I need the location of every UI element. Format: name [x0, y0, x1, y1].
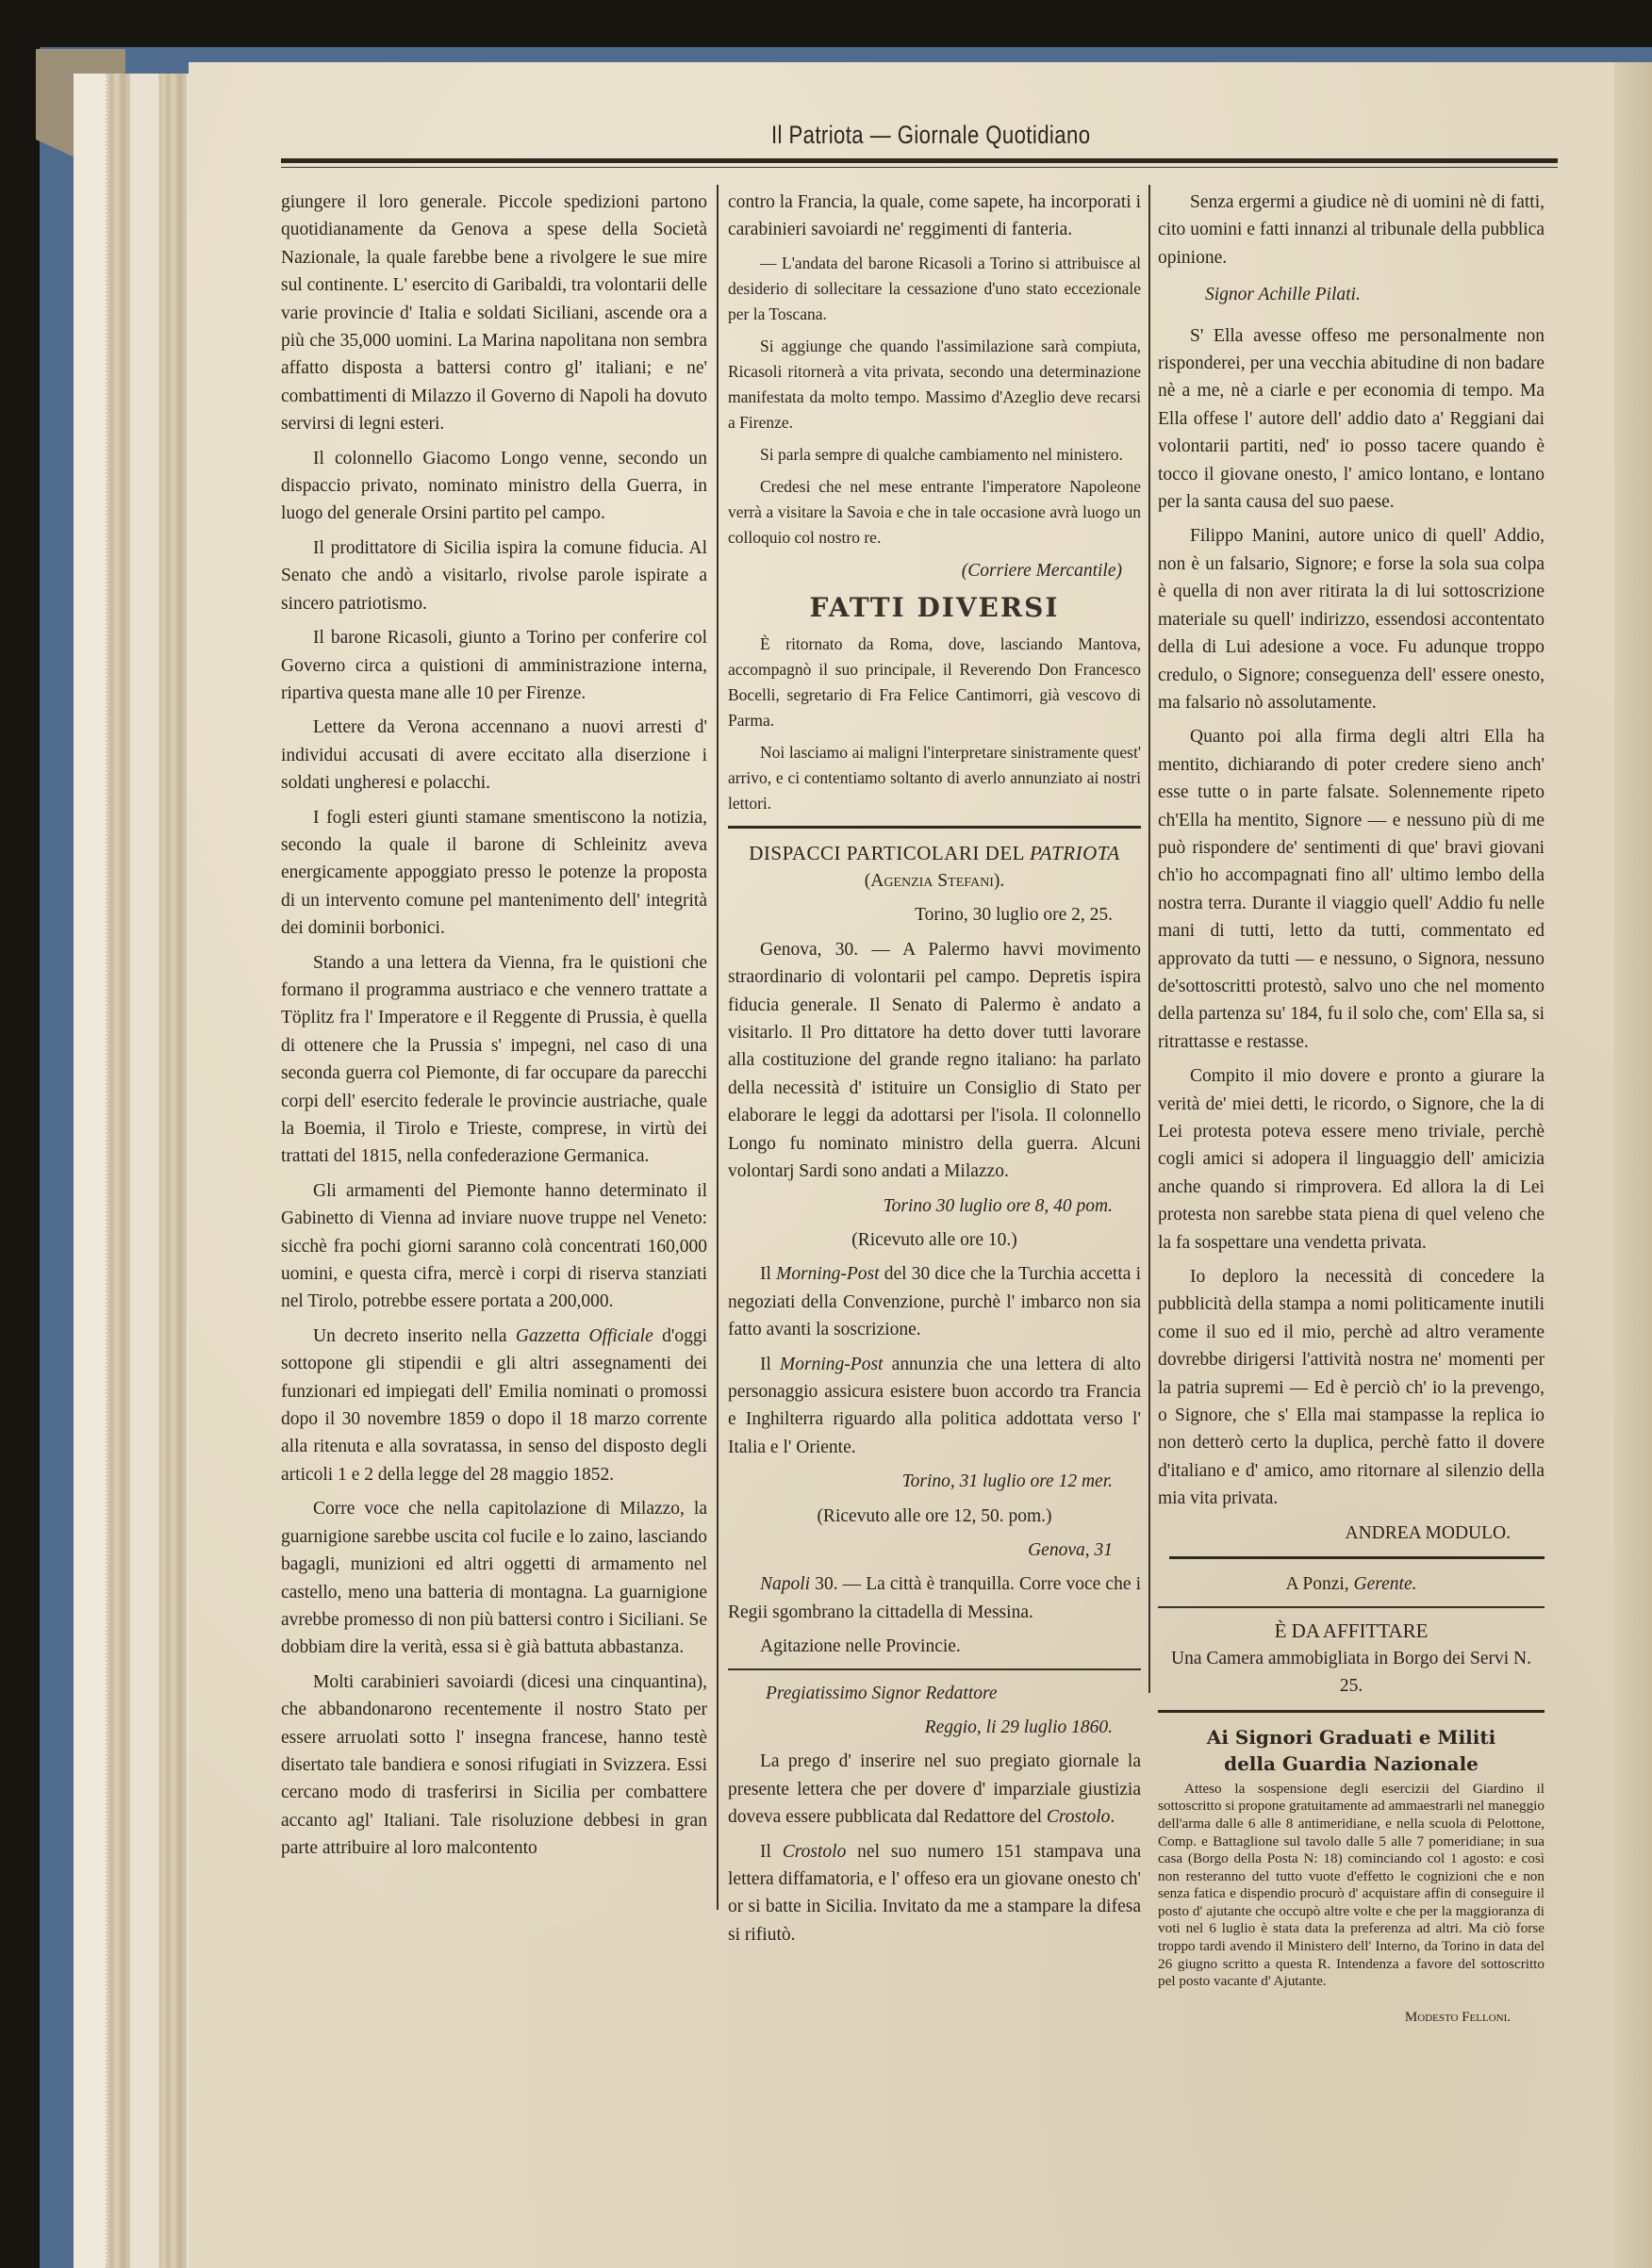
notice-heading: Ai Signori Graduati e Militi della Guard…	[1158, 1724, 1545, 1777]
masthead-rule-thin	[281, 167, 1558, 168]
dispatch-dateline: Torino, 31 luglio ore 12 mer.	[728, 1468, 1141, 1495]
decree-paragraph: Un decreto inserito nella Gazzetta Offic…	[281, 1323, 707, 1488]
book-page-edges	[74, 74, 189, 2268]
letter-salutation: Pregiatissimo Signor Redattore	[728, 1680, 1141, 1707]
article-paragraph: I fogli esteri giunti stamane smentiscon…	[281, 804, 707, 943]
letter-paragraph: Senza ergermi a giudice nè di uomini nè …	[1158, 189, 1545, 271]
letter-paragraph: Io deploro la necessità di concedere la …	[1158, 1263, 1545, 1513]
column-3: Senza ergermi a giudice nè di uomini nè …	[1158, 189, 1545, 2038]
source-attribution: (Corriere Mercantile)	[728, 557, 1141, 584]
notice-body: Atteso la sospensione degli esercizii de…	[1158, 1781, 1545, 1991]
article-paragraph: Si aggiunge che quando l'assimilazione s…	[728, 334, 1141, 436]
dispatch-dateline: Torino 30 luglio ore 8, 40 pom.	[728, 1192, 1141, 1220]
divider	[1158, 1606, 1545, 1608]
column-1: giungere il loro generale. Piccole spedi…	[281, 189, 707, 1869]
article-paragraph: Noi lasciamo ai maligni l'interpretare s…	[728, 740, 1141, 816]
ad-heading: È DA AFFITTARE	[1158, 1618, 1545, 1645]
article-paragraph: contro la Francia, la quale, come sapete…	[728, 189, 1141, 244]
dispatch-item: Genova, 30. — A Palermo havvi movimento …	[728, 936, 1141, 1186]
agency-name: (Agenzia Stefani).	[728, 867, 1141, 895]
dispatches-heading: DISPACCI PARTICOLARI DEL PATRIOTA	[728, 840, 1141, 867]
article-paragraph: Il barone Ricasoli, giunto a Torino per …	[281, 624, 707, 707]
letter-signature: ANDREA MODULO.	[1158, 1520, 1545, 1547]
article-paragraph: — L'andata del barone Ricasoli a Torino …	[728, 251, 1141, 327]
masthead-rule-thick	[281, 158, 1558, 163]
dispatch-item: Il Morning-Post annunzia che una lettera…	[728, 1351, 1141, 1462]
letter-addressee: Signor Achille Pilati.	[1158, 281, 1545, 308]
article-paragraph: Si parla sempre di qualche cambiamento n…	[728, 442, 1141, 468]
letter-paragraph: Compito il mio dovere e pronto a giurare…	[1158, 1062, 1545, 1257]
masthead-title: Il Patriota — Giornale Quotidiano	[771, 121, 1090, 150]
dispatch-item: Agitazione nelle Provincie.	[728, 1633, 1141, 1660]
article-paragraph: giungere il loro generale. Piccole spedi…	[281, 189, 707, 438]
article-paragraph: Corre voce che nella capitolazione di Mi…	[281, 1495, 707, 1661]
dispatch-item: Il Morning-Post del 30 dice che la Turch…	[728, 1260, 1141, 1343]
section-divider	[728, 826, 1141, 829]
divider	[1169, 1556, 1545, 1559]
masthead: Il Patriota — Giornale Quotidiano	[281, 121, 1558, 168]
column-2: contro la Francia, la quale, come sapete…	[728, 189, 1141, 1955]
article-paragraph: È ritornato da Roma, dove, lasciando Man…	[728, 632, 1141, 733]
divider	[1158, 1710, 1545, 1713]
section-divider	[728, 1668, 1141, 1670]
article-paragraph: Stando a una lettera da Vienna, fra le q…	[281, 949, 707, 1171]
article-paragraph: Lettere da Verona accennano a nuovi arre…	[281, 714, 707, 797]
dispatch-received: (Ricevuto alle ore 12, 50. pom.)	[728, 1503, 1141, 1530]
letter-paragraph: Il Crostolo nel suo numero 151 stampava …	[728, 1838, 1141, 1949]
article-paragraph: Credesi che nel mese entrante l'imperato…	[728, 474, 1141, 551]
ad-text: Una Camera ammobigliata in Borgo dei Ser…	[1158, 1645, 1545, 1701]
article-paragraph: Il prodittatore di Sicilia ispira la com…	[281, 534, 707, 617]
dispatch-received: (Ricevuto alle ore 10.)	[728, 1226, 1141, 1254]
dispatch-dateline: Torino, 30 luglio ore 2, 25.	[728, 901, 1141, 929]
letter-paragraph: Filippo Manini, autore unico di quell' A…	[1158, 522, 1545, 716]
gazette-title: Gazzetta Officiale	[516, 1326, 653, 1346]
letter-paragraph: La prego d' inserire nel suo pregiato gi…	[728, 1748, 1141, 1831]
notice-signature: Modesto Felloni.	[1158, 2004, 1545, 2031]
article-paragraph: Il colonnello Giacomo Longo venne, secon…	[281, 445, 707, 528]
column-divider-1	[717, 185, 719, 1910]
dispatch-dateline: Genova, 31	[728, 1537, 1141, 1564]
page-edge-right	[1614, 62, 1652, 2268]
section-heading-fatti-diversi: FATTI DIVERSI	[728, 594, 1141, 621]
letter-paragraph: Quanto poi alla firma degli altri Ella h…	[1158, 723, 1545, 1056]
dispatch-item: Napoli 30. — La città è tranquilla. Corr…	[728, 1570, 1141, 1626]
gerente-line: A Ponzi, Gerente.	[1158, 1570, 1545, 1598]
article-paragraph: Gli armamenti del Piemonte hanno determi…	[281, 1177, 707, 1316]
letter-dateline: Reggio, li 29 luglio 1860.	[728, 1714, 1141, 1741]
article-paragraph: Molti carabinieri savoiardi (dicesi una …	[281, 1668, 707, 1863]
letter-paragraph: S' Ella avesse offeso me personalmente n…	[1158, 322, 1545, 517]
column-divider-2	[1148, 185, 1150, 1693]
